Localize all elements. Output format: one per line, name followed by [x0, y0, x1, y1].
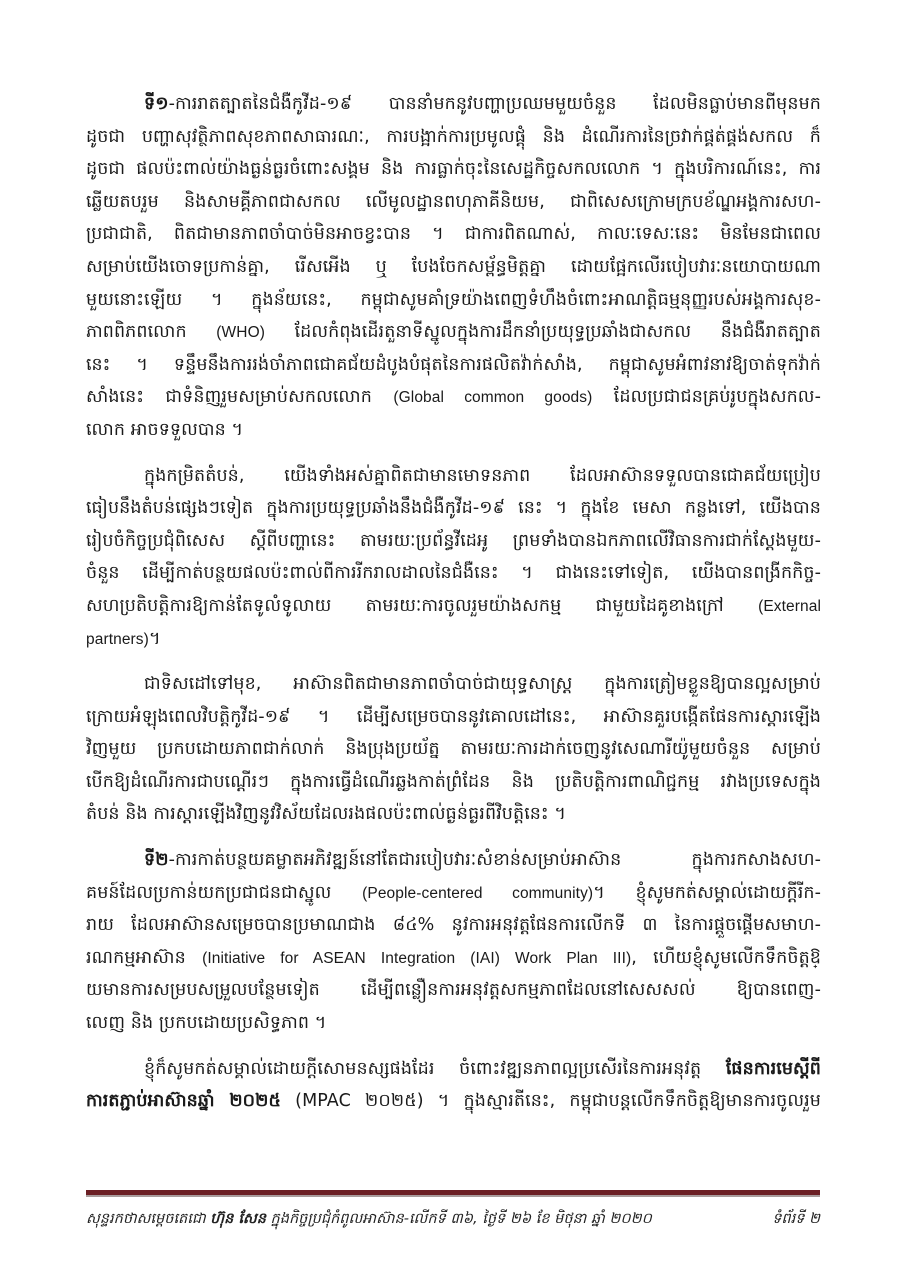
text-line: ភាពពិភពលោក (WHO) ដែលកំពុងដើរតួនាទីស្នូលក… — [86, 316, 821, 349]
emphasized-title: ការតភ្ជាប់អាស៊ានឆ្នាំ ២០២៥ — [86, 1091, 281, 1111]
text-line: partners)។ — [86, 623, 821, 656]
document-page: ទី១-ការរាតត្បាតនៃជំងឺកូវីដ-១៩ បាននាំមកនូ… — [0, 0, 904, 1280]
text-line: បើកឱ្យដំណើរការជាបណ្ដើរៗ ក្នុងការធ្វើដំណើ… — [86, 766, 821, 799]
text-line: រណកម្មអាស៊ាន (Initiative for ASEAN Integ… — [86, 942, 821, 975]
text-line: គមន៍ដែលប្រកាន់យកប្រជាជនជាស្នូល (People-c… — [86, 877, 821, 910]
section-number: ទី២ — [144, 850, 169, 870]
text-line: ដូចជា បញ្ហាសុវត្ថិភាពសុខភាពសាធារណៈ, ការប… — [86, 121, 821, 154]
emphasized-title: ផែនការមេស្ដីពី — [726, 1059, 821, 1079]
text-line: សម្រាប់យើងចោទប្រកាន់គ្នា, រើសអើង ឬ បែងចែ… — [86, 251, 821, 284]
latin-term: (WHO) — [216, 324, 265, 341]
paragraph-3: ជាទិសដៅទៅមុខ, អាស៊ានពិតជាមានភាពចាំបាច់ជា… — [86, 668, 821, 831]
latin-term: (People-centered community) — [362, 885, 593, 902]
text-line: លោក អាចទទួលបាន ។ — [86, 414, 821, 447]
paragraph-4: ទី២-ការកាត់បន្ថយគម្លាតអភិវឌ្ឍន៍នៅតែជារបៀ… — [86, 844, 821, 1040]
paragraph-5: ខ្ញុំក៏សូមកត់សម្គាល់ដោយក្ដីសោមនស្សផងដែរ … — [86, 1053, 821, 1118]
latin-term: partners) — [86, 631, 149, 648]
page-footer: សុន្ទរកថាសម្ដេចតេជោ ហ៊ុន សែន ក្នុងកិច្ចប… — [86, 1205, 820, 1233]
text-line: ឆ្លើយតបរួម និងសាមគ្គីភាពជាសកល លើមូលដ្ឋាន… — [86, 186, 821, 219]
text-line: សាំងនេះ ជាទំនិញរួមសម្រាប់សកលលោក (Global … — [86, 381, 821, 414]
text-line: តំបន់ និង ការស្ដារឡើងវិញនូវវិស័យដែលរងផលប… — [86, 798, 821, 831]
text-line: ការតភ្ជាប់អាស៊ានឆ្នាំ ២០២៥ (MPAC ២០២៥) ។… — [86, 1085, 821, 1118]
speaker-name: ហ៊ុន សែន — [210, 1211, 266, 1227]
text-line: ដូចជា ផលប៉ះពាល់យ៉ាងធ្ងន់ធ្ងរចំពោះសង្គម ន… — [86, 153, 821, 186]
text-line: សហប្រតិបត្តិការឱ្យកាន់តែទូលំទូលាយ តាមរយៈ… — [86, 590, 821, 623]
text-line: មួយនោះឡើយ ។ ក្នុងន័យនេះ, កម្ពុជាសូមគាំទ្… — [86, 284, 821, 317]
paragraph-1: ទី១-ការរាតត្បាតនៃជំងឺកូវីដ-១៩ បាននាំមកនូ… — [86, 88, 821, 447]
footer-divider-shadow — [86, 1195, 820, 1197]
text-line: ជាទិសដៅទៅមុខ, អាស៊ានពិតជាមានភាពចាំបាច់ជា… — [86, 668, 821, 701]
text-line: នេះ ។ ទន្ទឹមនឹងការរង់ចាំភាពជោគជ័យដំបូងបំ… — [86, 349, 821, 382]
latin-term: (Global common goods) — [393, 389, 592, 406]
text-line: ប្រជាជាតិ, ពិតជាមានភាពចាំបាច់មិនអាចខ្វះប… — [86, 218, 821, 251]
text-line: ក្រោយអំឡុងពេលវិបត្តិកូវីដ-១៩ ។ ដើម្បីសម្… — [86, 701, 821, 734]
text-line: ចំនួន ដើម្បីកាត់បន្ថយផលប៉ះពាល់ពីការរីករា… — [86, 557, 821, 590]
text-line: ទី១-ការរាតត្បាតនៃជំងឺកូវីដ-១៩ បាននាំមកនូ… — [86, 88, 821, 121]
footer-caption: សុន្ទរកថាសម្ដេចតេជោ ហ៊ុន សែន ក្នុងកិច្ចប… — [86, 1205, 652, 1233]
page-number: ទំព័រទី ២ — [772, 1205, 820, 1233]
text-line: លេញ និង ប្រកបដោយប្រសិទ្ធភាព ។ — [86, 1007, 821, 1040]
body-text: ទី១-ការរាតត្បាតនៃជំងឺកូវីដ-១៩ បាននាំមកនូ… — [86, 88, 821, 1131]
text-line: ខ្ញុំក៏សូមកត់សម្គាល់ដោយក្ដីសោមនស្សផងដែរ … — [86, 1053, 821, 1086]
latin-term: (Initiative for ASEAN Integration (IAI) … — [202, 950, 631, 967]
text-line: វិញមួយ ប្រកបដោយភាពជាក់លាក់ និងប្រុងប្រយ័… — [86, 733, 821, 766]
text-line: រៀបចំកិច្ចប្រជុំពិសេស ស្ដីពីបញ្ហានេះ តាម… — [86, 525, 821, 558]
text-line: ក្នុងកម្រិតតំបន់, យើងទាំងអស់គ្នាពិតជាមាន… — [86, 460, 821, 493]
text-line: ទី២-ការកាត់បន្ថយគម្លាតអភិវឌ្ឍន៍នៅតែជារបៀ… — [86, 844, 821, 877]
text-line: យមានការសម្របសម្រួលបន្ថែមទៀត ដើម្បីពន្លឿន… — [86, 974, 821, 1007]
paragraph-2: ក្នុងកម្រិតតំបន់, យើងទាំងអស់គ្នាពិតជាមាន… — [86, 460, 821, 656]
latin-term: (External — [758, 598, 821, 615]
text-line: ធៀបនឹងតំបន់ផ្សេងៗទៀត ក្នុងការប្រយុទ្ធប្រ… — [86, 492, 821, 525]
text-line: រាយ ដែលអាស៊ានសម្រេចបានប្រមាណជាង ៨៤% នូវក… — [86, 909, 821, 942]
section-number: ទី១ — [144, 94, 169, 114]
